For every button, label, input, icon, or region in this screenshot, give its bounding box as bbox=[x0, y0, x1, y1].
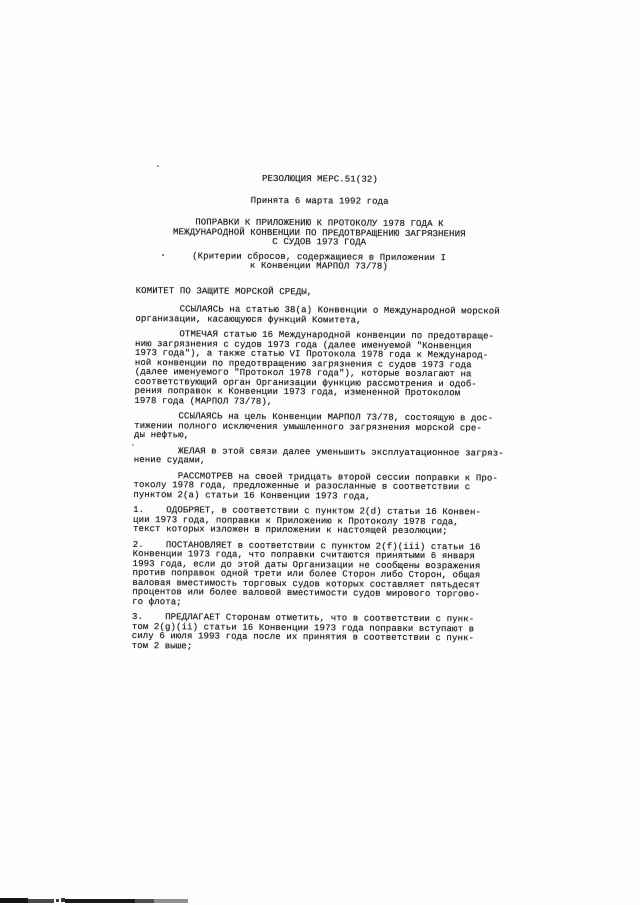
band-segment bbox=[154, 899, 188, 903]
paragraph-recalling-constitution: ССЫЛАЯСЬ на статью 38(а) Конвенции о Меж… bbox=[135, 305, 501, 327]
scan-speck-1 bbox=[157, 165, 159, 167]
paragraph-having-considered: РАССМОТРЕВ на своей тридцать второй сесс… bbox=[133, 471, 499, 502]
paragraph-desiring: ЖЕЛАЯ в этой связи далее уменьшить экспл… bbox=[134, 446, 500, 468]
scan-speck-2 bbox=[162, 254, 164, 256]
scan-speck-3 bbox=[132, 444, 134, 446]
band-segment bbox=[56, 899, 59, 902]
resolution-number-line: РЕЗОЛЮЦИЯ МЕРС.51(32) bbox=[137, 174, 503, 186]
band-segment bbox=[65, 899, 135, 903]
paragraph-recalling-marpol-aim: ССЫЛАЯСЬ на цель Конвенции МАРПОЛ 73/78,… bbox=[134, 412, 500, 443]
band-segment bbox=[28, 899, 54, 903]
paragraph-1-adopts: 1. ОДОБРЯЕТ, в соответствии с пунктом 2(… bbox=[133, 506, 499, 537]
paragraph-noting-article-16: ОТМЕЧАЯ статью 16 Международной конвенци… bbox=[134, 330, 501, 409]
document-subtitle: (Критерии сбросов, содержащиеся в Прилож… bbox=[136, 251, 502, 273]
band-segment bbox=[135, 899, 154, 903]
band-segment bbox=[0, 898, 28, 903]
document-content: РЕЗОЛЮЦИЯ МЕРС.51(32) Принята 6 марта 19… bbox=[132, 174, 503, 654]
adoption-date-line: Принята 6 марта 1992 года bbox=[137, 195, 503, 207]
paragraph-3-invites: 3. ПРЕДЛАГАЕТ Сторонам отметить, что в с… bbox=[132, 613, 498, 654]
committee-heading: КОМИТЕТ ПО ЗАЩИТЕ МОРСКОЙ СРЕДЫ, bbox=[136, 286, 502, 298]
paragraph-2-determines: 2. ПОСТАНОВЛЯЕТ в соответствии с пунктом… bbox=[132, 540, 499, 609]
document-title: ПОПРАВКИ К ПРИЛОЖЕНИЮ К ПРОТОКОЛУ 1978 Г… bbox=[136, 218, 502, 249]
scanned-page: РЕЗОЛЮЦИЯ МЕРС.51(32) Принята 6 марта 19… bbox=[0, 0, 640, 905]
